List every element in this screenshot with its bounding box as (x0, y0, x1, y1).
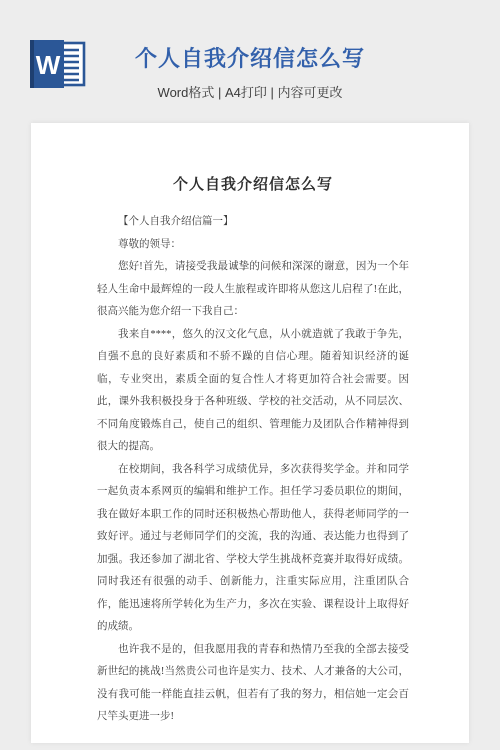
paragraph: 您好!首先，请接受我最诚挚的问候和深深的谢意，因为一个年轻人生命中最辉煌的一段人… (97, 256, 409, 324)
document-body: 【个人自我介绍信篇一】尊敬的领导：您好!首先，请接受我最诚挚的问候和深深的谢意，… (97, 211, 409, 729)
document-page: 个人自我介绍信怎么写 【个人自我介绍信篇一】尊敬的领导：您好!首先，请接受我最诚… (31, 123, 469, 743)
word-icon-letter: W (36, 50, 61, 80)
paragraph: 在校期间，我各科学习成绩优异，多次获得奖学金。并和同学一起负责本系网页的编辑和维… (97, 459, 409, 639)
paragraph: 我来自****，悠久的汉文化气息，从小就造就了我敢于争先，自强不息的良好素质和不… (97, 324, 409, 459)
paragraph: 尊敬的领导： (97, 234, 409, 257)
word-icon: W (28, 40, 87, 88)
header: W 个人自我介绍信怎么写 Word格式 | A4打印 | 内容可更改 (0, 0, 500, 123)
paragraph: 也许我不是的，但我愿用我的青春和热情乃至我的全部去接受新世纪的挑战!当然贵公司也… (97, 639, 409, 729)
document-title: 个人自我介绍信怎么写 (97, 173, 409, 194)
template-preview: W 个人自我介绍信怎么写 Word格式 | A4打印 | 内容可更改 个人自我介… (0, 0, 500, 750)
paragraph: 【个人自我介绍信篇一】 (97, 211, 409, 234)
